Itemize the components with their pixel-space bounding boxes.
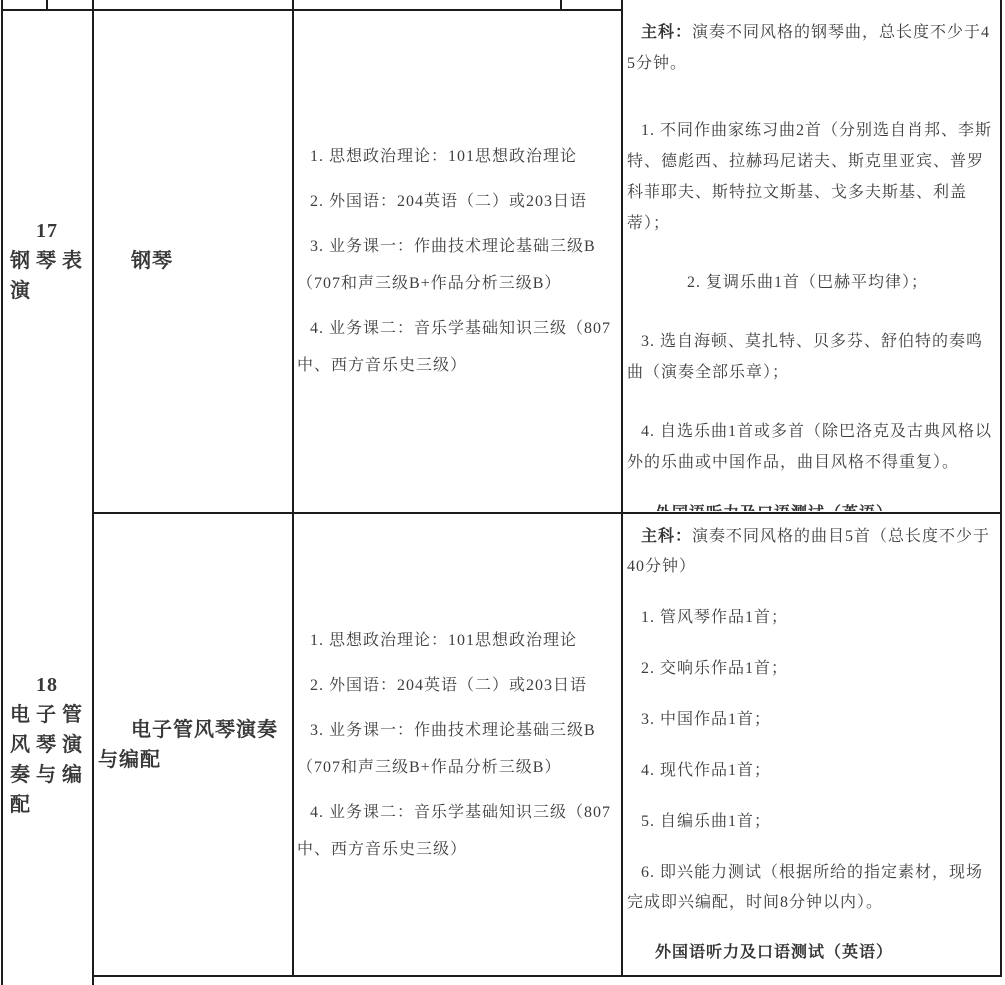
exam-subject: 2. 外国语：204英语（二）或203日语: [297, 667, 617, 704]
main-subject-paragraph: 主科：演奏不同风格的钢琴曲，总长度不少于45分钟。: [627, 17, 996, 79]
table-border-right: [1000, 0, 1002, 977]
exam-item: 1. 管风琴作品1首；: [627, 603, 996, 633]
row17-number: 17: [3, 216, 91, 246]
row18-specialty: 电子管风琴演奏与编配: [10, 700, 84, 820]
exam-subject: 3. 业务课一：作曲技术理论基础三级B（707和声三级B+作品分析三级B）: [297, 712, 617, 786]
row17-direction-cell: 钢琴: [94, 11, 290, 511]
exam-item: 4. 现代作品1首；: [627, 756, 996, 786]
row17-direction: 钢琴: [94, 246, 290, 276]
exam-subject: 3. 业务课一：作曲技术理论基础三级B（707和声三级B+作品分析三级B）: [297, 228, 617, 302]
row17-number-specialty-cell: 17 钢琴表演: [3, 11, 91, 511]
row18-number-specialty-cell: 18 电子管风琴演奏与编配: [3, 514, 91, 975]
exam-subject: 4. 业务课二：音乐学基础知识三级（807中、西方音乐史三级）: [297, 310, 617, 384]
exam-item: 5. 自编乐曲1首；: [627, 807, 996, 837]
admission-exam-table-page: 17 钢琴表演 钢琴 1. 思想政治理论：101思想政治理论 2. 外国语：20…: [0, 0, 1005, 985]
exam-item: 3. 中国作品1首；: [627, 705, 996, 735]
main-subject-label: 主科：: [641, 528, 692, 545]
row17-specialty: 钢琴表演: [10, 246, 84, 306]
exam-item: 2. 交响乐作品1首；: [627, 654, 996, 684]
row18-content-cell: 主科：演奏不同风格的曲目5首（总长度不少于40分钟） 1. 管风琴作品1首； 2…: [623, 514, 1000, 975]
exam-subject: 1. 思想政治理论：101思想政治理论: [297, 622, 617, 659]
row18-number: 18: [3, 670, 91, 700]
exam-subject: 2. 外国语：204英语（二）或203日语: [297, 183, 617, 220]
exam-subject: 1. 思想政治理论：101思想政治理论: [297, 138, 617, 175]
main-subject-label: 主科：: [641, 24, 692, 41]
exam-item: 2. 复调乐曲1首（巴赫平均律）；: [627, 267, 996, 298]
row18-direction-cell: 电子管风琴演奏与编配: [94, 514, 290, 975]
exam-item: 6. 即兴能力测试（根据所给的指定素材，现场完成即兴编配，时间8分钟以内）。: [627, 858, 996, 918]
row18-direction: 电子管风琴演奏与编配: [94, 715, 290, 775]
table-border-bottom: [92, 975, 1002, 977]
exam-item: 4. 自选乐曲1首或多首（除巴洛克及古典风格以外的乐曲或中国作品，曲目风格不得重…: [627, 416, 996, 478]
listening-speaking-test-note: 外国语听力及口语测试（英语）: [627, 938, 996, 968]
exam-item: 3. 选自海顿、莫扎特、贝多芬、舒伯特的奏鸣曲（演奏全部乐章）；: [627, 326, 996, 388]
row17-subjects-cell: 1. 思想政治理论：101思想政治理论 2. 外国语：204英语（二）或203日…: [294, 11, 620, 511]
exam-item: 1. 不同作曲家练习曲2首（分别选自肖邦、李斯特、德彪西、拉赫玛尼诺夫、斯克里亚…: [627, 115, 996, 239]
row17-content-cell: 主科：演奏不同风格的钢琴曲，总长度不少于45分钟。 1. 不同作曲家练习曲2首（…: [623, 11, 1000, 511]
main-subject-paragraph: 主科：演奏不同风格的曲目5首（总长度不少于40分钟）: [627, 522, 996, 582]
listening-speaking-test-note: 外国语听力及口语测试（英语）: [627, 498, 996, 511]
row18-subjects-cell: 1. 思想政治理论：101思想政治理论 2. 外国语：204英语（二）或203日…: [294, 514, 620, 975]
exam-subject: 4. 业务课二：音乐学基础知识三级（807中、西方音乐史三级）: [297, 794, 617, 868]
